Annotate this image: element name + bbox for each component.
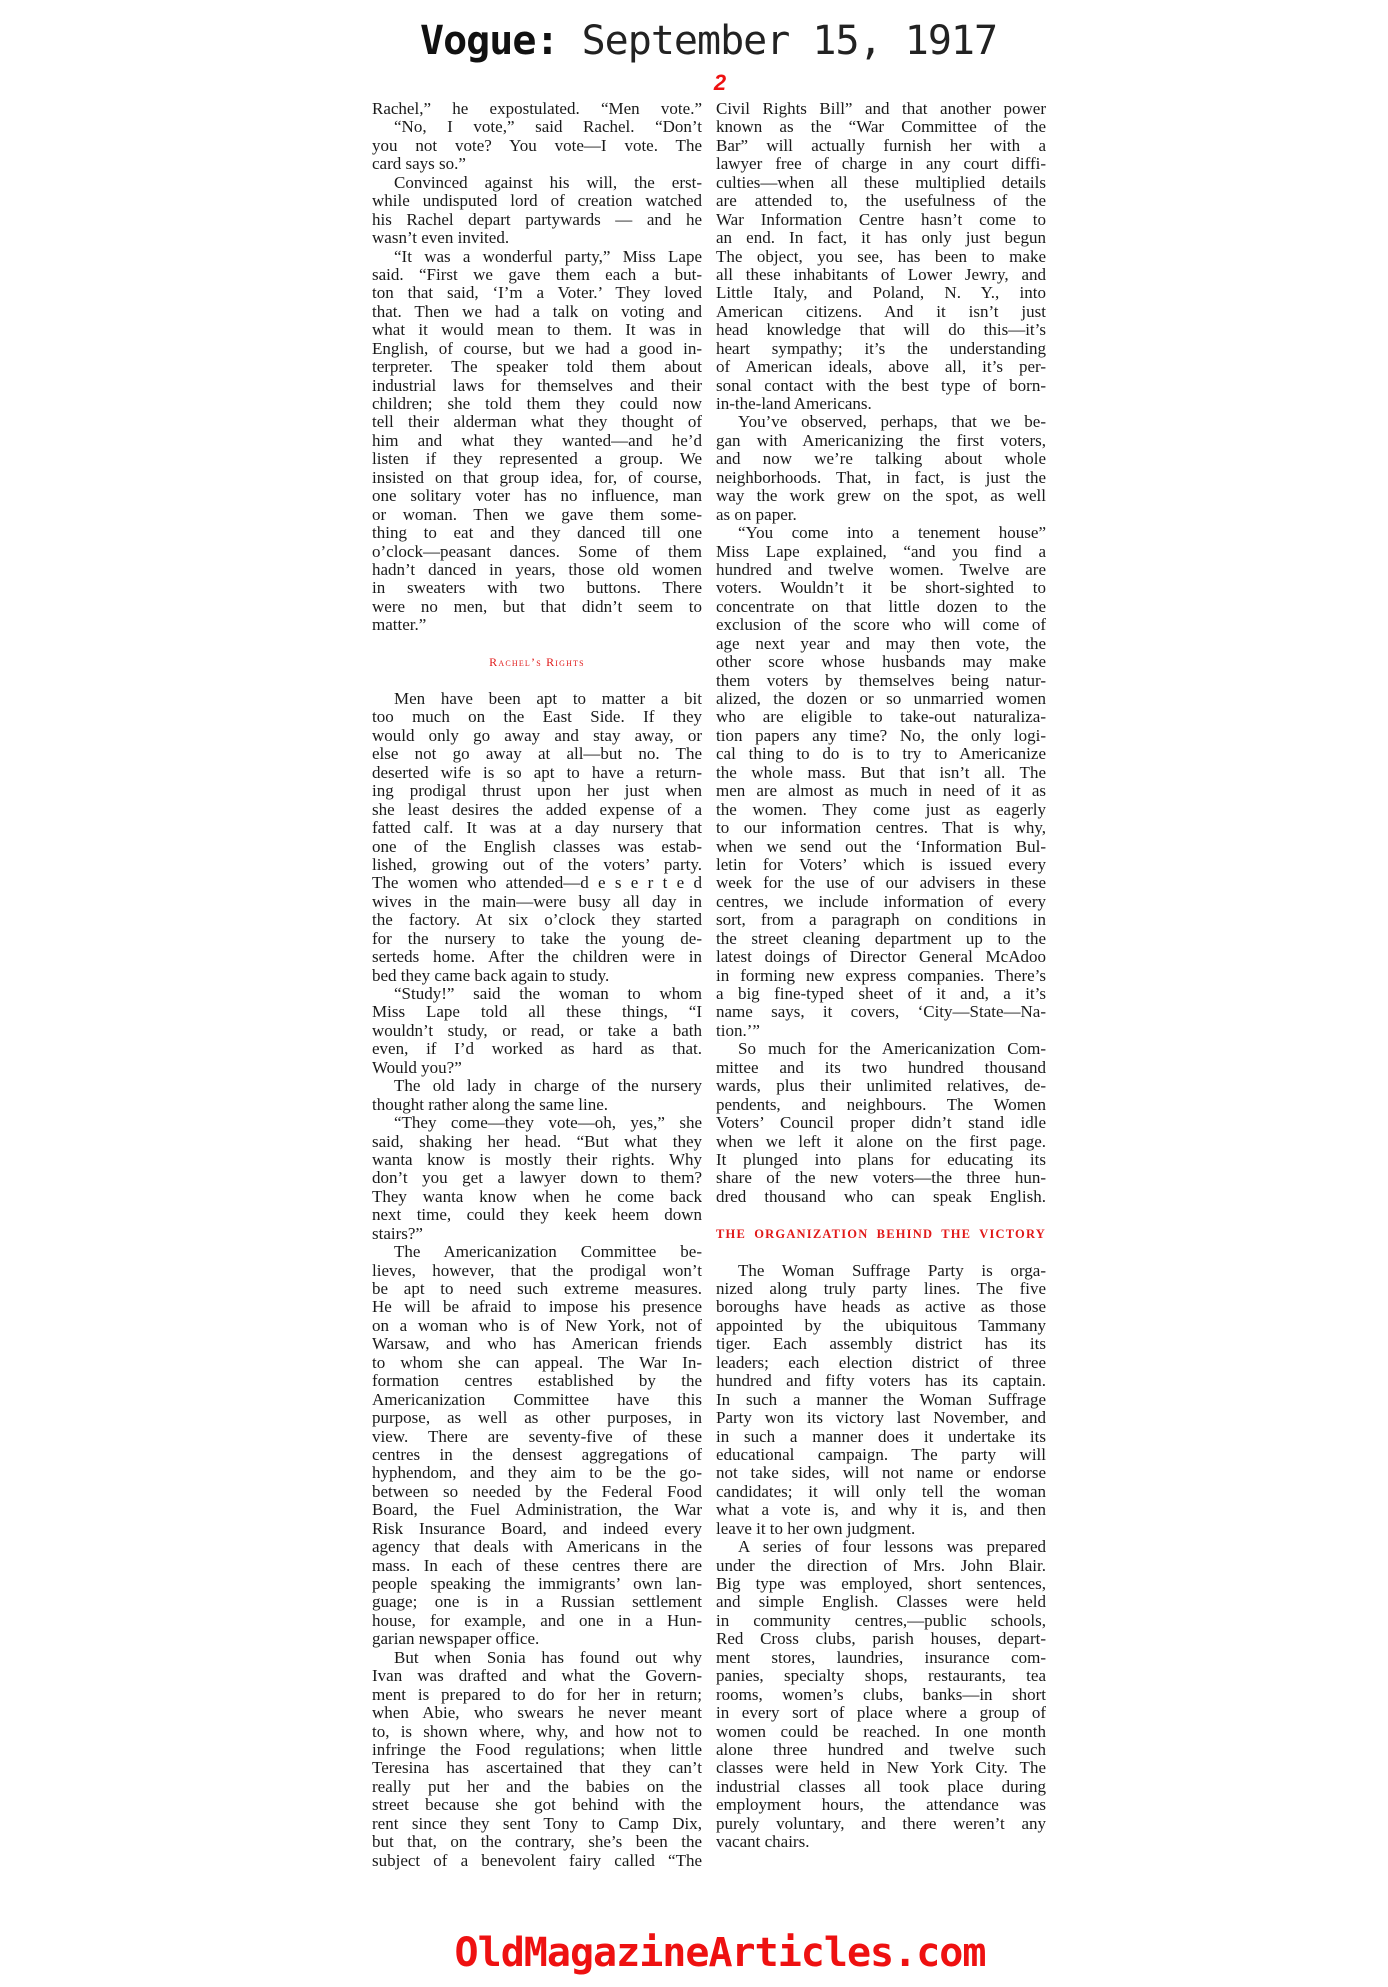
- page-number: 2: [708, 70, 732, 96]
- text-line: not take sides, will not name or endorse: [716, 1464, 1046, 1482]
- text-line: Civil Rights Bill” and that another powe…: [716, 100, 1046, 118]
- text-line: people speaking the immigrants’ own lan-: [372, 1575, 702, 1593]
- text-line: of American ideals, above all, it’s per-: [716, 358, 1046, 376]
- text-line: stairs?”: [372, 1225, 702, 1243]
- text-line: rooms, women’s clubs, banks—in short: [716, 1686, 1046, 1704]
- text-line: said. “First we gave them each a but-: [372, 266, 702, 284]
- text-line: Would you?”: [372, 1059, 702, 1077]
- text-line: concentrate on that little dozen to the: [716, 598, 1046, 616]
- text-line: neighborhoods. That, in fact, is just th…: [716, 469, 1046, 487]
- text-line: employment hours, the attendance was: [716, 1796, 1046, 1814]
- text-line: in every sort of place where a group of: [716, 1704, 1046, 1722]
- text-line: to whom she can appeal. The War In-: [372, 1354, 702, 1372]
- text-line: purpose, as well as other purposes, in: [372, 1409, 702, 1427]
- text-line: men are almost as much in need of it as: [716, 782, 1046, 800]
- text-line: wanta know is mostly their rights. Why: [372, 1151, 702, 1169]
- text-line: who are eligible to take-out naturaliza-: [716, 708, 1046, 726]
- text-line: even, if I’d worked as hard as that.: [372, 1040, 702, 1058]
- text-line: Bar” will actually furnish her with a: [716, 137, 1046, 155]
- text-line: But when Sonia has found out why: [372, 1649, 702, 1667]
- text-line: hadn’t danced in years, those old women: [372, 561, 702, 579]
- text-line: terpreter. The speaker told them about: [372, 358, 702, 376]
- text-line: o’clock—peasant dances. Some of them: [372, 543, 702, 561]
- text-line: formation centres established by the: [372, 1372, 702, 1390]
- text-line: Big type was employed, short sentences,: [716, 1575, 1046, 1593]
- blank-line: [372, 635, 702, 653]
- text-line: Voters’ Council proper didn’t stand idle: [716, 1114, 1046, 1132]
- text-line: she least desires the added expense of a: [372, 801, 702, 819]
- text-line: sort, from a paragraph on conditions in: [716, 911, 1046, 929]
- text-line: while undisputed lord of creation watche…: [372, 192, 702, 210]
- issue-date: September 15, 1917: [582, 18, 997, 64]
- text-line: you not vote? You vote—I vote. The: [372, 137, 702, 155]
- text-line: industrial laws for themselves and their: [372, 377, 702, 395]
- text-line: “No, I vote,” said Rachel. “Don’t: [372, 118, 702, 136]
- text-line: industrial classes all took place during: [716, 1778, 1046, 1796]
- text-line: cal thing to do is to try to Americanize: [716, 745, 1046, 763]
- text-line: leaders; each election district of three: [716, 1354, 1046, 1372]
- text-line: Men have been apt to matter a bit: [372, 690, 702, 708]
- text-line: all these inhabitants of Lower Jewry, an…: [716, 266, 1046, 284]
- magazine-page: Vogue: September 15, 1917 2 Rachel,” he …: [0, 0, 1388, 1987]
- text-line: You’ve observed, perhaps, that we be-: [716, 413, 1046, 431]
- text-line: pendents, and neighbours. The Women: [716, 1096, 1046, 1114]
- text-line: agency that deals with Americans in the: [372, 1538, 702, 1556]
- text-line: ment is prepared to do for her in return…: [372, 1686, 702, 1704]
- text-line: The old lady in charge of the nursery: [372, 1077, 702, 1095]
- text-line: sonal contact with the best type of born…: [716, 377, 1046, 395]
- text-line: tion.’”: [716, 1022, 1046, 1040]
- text-line: wives in the main—were busy all day in: [372, 893, 702, 911]
- text-line: the whole mass. But that isn’t all. The: [716, 764, 1046, 782]
- text-line: said, shaking her head. “But what they: [372, 1133, 702, 1151]
- text-line: in community centres,—public schools,: [716, 1612, 1046, 1630]
- text-line: fatted calf. It was at a day nursery tha…: [372, 819, 702, 837]
- text-line: his Rachel depart partywards — and he: [372, 211, 702, 229]
- text-line: house, for example, and one in a Hun-: [372, 1612, 702, 1630]
- text-line: on a woman who is of New York, not of: [372, 1317, 702, 1335]
- text-line: or woman. Then we gave them some-: [372, 506, 702, 524]
- text-line: week for the use of our advisers in thes…: [716, 874, 1046, 892]
- text-line: way the work grew on the spot, as well: [716, 487, 1046, 505]
- text-line: rent since they sent Tony to Camp Dix,: [372, 1815, 702, 1833]
- text-line: tell their alderman what they thought of: [372, 413, 702, 431]
- text-line: under the direction of Mrs. John Blair.: [716, 1557, 1046, 1575]
- text-line: serteds home. After the children were in: [372, 948, 702, 966]
- text-line: thing to eat and they danced till one: [372, 524, 702, 542]
- text-line: known as the “War Committee of the: [716, 118, 1046, 136]
- text-line: The object, you see, has been to make: [716, 248, 1046, 266]
- text-line: Red Cross clubs, parish houses, depart-: [716, 1630, 1046, 1648]
- text-line: American citizens. And it isn’t just: [716, 303, 1046, 321]
- text-line: when we send out the ‘Information Bul-: [716, 838, 1046, 856]
- text-line: in sweaters with two buttons. There: [372, 579, 702, 597]
- text-line: next time, could they keek heem down: [372, 1206, 702, 1224]
- text-line: mittee and its two hundred thousand: [716, 1059, 1046, 1077]
- text-line: in forming new express companies. There’…: [716, 967, 1046, 985]
- text-line: educational campaign. The party will: [716, 1446, 1046, 1464]
- text-line: ment stores, laundries, insurance com-: [716, 1649, 1046, 1667]
- article-column-right: Civil Rights Bill” and that another powe…: [716, 100, 1046, 1852]
- text-line: latest doings of Director General McAdoo: [716, 948, 1046, 966]
- text-line: insisted on that group idea, for, of cou…: [372, 469, 702, 487]
- text-line: gan with Americanizing the first voters,: [716, 432, 1046, 450]
- text-line: but that, on the contrary, she’s been th…: [372, 1833, 702, 1851]
- text-line: wasn’t even invited.: [372, 229, 702, 247]
- text-line: letin for Voters’ which is issued every: [716, 856, 1046, 874]
- text-line: them voters by themselves being natur-: [716, 672, 1046, 690]
- text-line: In such a manner the Woman Suffrage: [716, 1391, 1046, 1409]
- text-line: alone three hundred and twelve such: [716, 1741, 1046, 1759]
- text-line: A series of four lessons was prepared: [716, 1538, 1046, 1556]
- text-line: appointed by the ubiquitous Tammany: [716, 1317, 1046, 1335]
- text-line: hundred and twelve women. Twelve are: [716, 561, 1046, 579]
- text-line: Americanization Committee have this: [372, 1391, 702, 1409]
- text-line: would only go away and stay away, or: [372, 727, 702, 745]
- text-line: alized, the dozen or so unmarried women: [716, 690, 1046, 708]
- text-line: “You come into a tenement house”: [716, 524, 1046, 542]
- text-line: So much for the Americanization Com-: [716, 1040, 1046, 1058]
- text-line: hundred and fifty voters has its captain…: [716, 1372, 1046, 1390]
- text-line: to our information centres. That is why,: [716, 819, 1046, 837]
- watermark-footer[interactable]: OldMagazineArticles.com: [400, 1930, 1040, 1976]
- text-line: in such a manner does it undertake its: [716, 1428, 1046, 1446]
- text-line: view. There are seventy-five of these: [372, 1428, 702, 1446]
- publication-name: Vogue:: [420, 18, 559, 64]
- text-line: in-the-land Americans.: [716, 395, 1046, 413]
- text-line: centres in the densest aggregations of: [372, 1446, 702, 1464]
- text-line: voters. Wouldn’t it be short-sighted to: [716, 579, 1046, 597]
- blank-line: [716, 1206, 1046, 1224]
- text-line: infringe the Food regulations; when litt…: [372, 1741, 702, 1759]
- text-line: thought rather along the same line.: [372, 1096, 702, 1114]
- text-line: matter.”: [372, 616, 702, 634]
- text-line: don’t you get a lawyer down to them?: [372, 1169, 702, 1187]
- text-line: hyphendom, and they aim to be the go-: [372, 1464, 702, 1482]
- text-line: Warsaw, and who has American friends: [372, 1335, 702, 1353]
- text-line: War Information Centre hasn’t come to: [716, 211, 1046, 229]
- text-line: street because she got behind with the: [372, 1796, 702, 1814]
- text-line: The women who attended—d e s e r t e d: [372, 874, 702, 892]
- text-line: Ivan was drafted and what the Govern-: [372, 1667, 702, 1685]
- text-line: as on paper.: [716, 506, 1046, 524]
- text-line: deserted wife is so apt to have a return…: [372, 764, 702, 782]
- text-line: too much on the East Side. If they: [372, 708, 702, 726]
- text-line: guage; one is in a Russian settlement: [372, 1593, 702, 1611]
- text-line: and now we’re talking about whole: [716, 450, 1046, 468]
- text-line: age next year and may then vote, the: [716, 635, 1046, 653]
- text-line: The Americanization Committee be-: [372, 1243, 702, 1261]
- text-line: tion papers any time? No, the only logi-: [716, 727, 1046, 745]
- text-line: that. Then we had a talk on voting and: [372, 303, 702, 321]
- text-line: ing prodigal thrust upon her just when: [372, 782, 702, 800]
- text-line: between so needed by the Federal Food: [372, 1483, 702, 1501]
- text-line: Teresina has ascertained that they can’t: [372, 1759, 702, 1777]
- text-line: and simple English. Classes were held: [716, 1593, 1046, 1611]
- text-line: the women. They come just as eagerly: [716, 801, 1046, 819]
- text-line: boroughs have heads as active as those: [716, 1298, 1046, 1316]
- text-line: to, is shown where, why, and how not to: [372, 1723, 702, 1741]
- text-line: “It was a wonderful party,” Miss Lape: [372, 248, 702, 266]
- text-line: lished, growing out of the voters’ party…: [372, 856, 702, 874]
- text-line: children; she told them they could now: [372, 395, 702, 413]
- text-line: head knowledge that will do this—it’s: [716, 321, 1046, 339]
- article-column-left: Rachel,” he expostulated. “Men vote.”“No…: [372, 100, 702, 1870]
- text-line: really put her and the babies on the: [372, 1778, 702, 1796]
- text-line: for the nursery to take the young de-: [372, 930, 702, 948]
- text-line: what it would mean to them. It was in: [372, 321, 702, 339]
- text-line: The Woman Suffrage Party is orga-: [716, 1262, 1046, 1280]
- blank-line: [716, 1243, 1046, 1261]
- text-line: purely voluntary, and there weren’t any: [716, 1815, 1046, 1833]
- text-line: women could be reached. In one month: [716, 1723, 1046, 1741]
- text-line: when Abie, who swears he never meant: [372, 1704, 702, 1722]
- text-line: lawyer free of charge in any court diffi…: [716, 155, 1046, 173]
- text-line: dred thousand who can speak English.: [716, 1188, 1046, 1206]
- text-line: garian newspaper office.: [372, 1630, 702, 1648]
- text-line: wards, plus their unlimited relatives, d…: [716, 1077, 1046, 1095]
- text-line: when we left it alone on the first page.: [716, 1133, 1046, 1151]
- text-line: Miss Lape explained, “and you find a: [716, 543, 1046, 561]
- text-line: else not go away at all—but no. The: [372, 745, 702, 763]
- text-line: the factory. At six o’clock they started: [372, 911, 702, 929]
- text-line: vacant chairs.: [716, 1833, 1046, 1851]
- text-line: are attended to, the usefulness of the: [716, 192, 1046, 210]
- text-line: be apt to need such extreme measures.: [372, 1280, 702, 1298]
- text-line: culties—when all these multiplied detail…: [716, 174, 1046, 192]
- text-line: nized along truly party lines. The five: [716, 1280, 1046, 1298]
- text-line: leave it to her own judgment.: [716, 1520, 1046, 1538]
- text-line: It plunged into plans for educating its: [716, 1151, 1046, 1169]
- text-line: lieves, however, that the prodigal won’t: [372, 1262, 702, 1280]
- text-line: heart sympathy; it’s the understanding: [716, 340, 1046, 358]
- text-line: mass. In each of these centres there are: [372, 1557, 702, 1575]
- text-line: He will be afraid to impose his presence: [372, 1298, 702, 1316]
- text-line: “They come—they vote—oh, yes,” she: [372, 1114, 702, 1132]
- text-line: Little Italy, and Poland, N. Y., into: [716, 284, 1046, 302]
- text-line: Party won its victory last November, and: [716, 1409, 1046, 1427]
- text-line: card says so.”: [372, 155, 702, 173]
- text-line: Rachel,” he expostulated. “Men vote.”: [372, 100, 702, 118]
- blank-line: [372, 672, 702, 690]
- text-line: wouldn’t study, or read, or take a bath: [372, 1022, 702, 1040]
- text-line: one solitary voter has no influence, man: [372, 487, 702, 505]
- text-line: centres, we include information of every: [716, 893, 1046, 911]
- section-heading: THE ORGANIZATION BEHIND THE VICTORY: [716, 1225, 1046, 1243]
- text-line: panies, specialty shops, restaurants, te…: [716, 1667, 1046, 1685]
- masthead: Vogue: September 15, 1917: [420, 18, 980, 64]
- text-line: “Study!” said the woman to whom: [372, 985, 702, 1003]
- text-line: They wanta know when he come back: [372, 1188, 702, 1206]
- text-line: bed they came back again to study.: [372, 967, 702, 985]
- section-heading: Rachel’s Rights: [372, 653, 702, 671]
- text-line: ton that said, ‘I’m a Voter.’ They loved: [372, 284, 702, 302]
- text-line: an end. In fact, it has only just begun: [716, 229, 1046, 247]
- text-line: exclusion of the score who will come of: [716, 616, 1046, 634]
- text-line: other score whose husbands may make: [716, 653, 1046, 671]
- text-line: the street cleaning department up to the: [716, 930, 1046, 948]
- text-line: candidates; it will only tell the woman: [716, 1483, 1046, 1501]
- text-line: a big fine-typed sheet of it and, a it’s: [716, 985, 1046, 1003]
- text-line: Convinced against his will, the erst-: [372, 174, 702, 192]
- text-line: listen if they represented a group. We: [372, 450, 702, 468]
- text-line: subject of a benevolent fairy called “Th…: [372, 1852, 702, 1870]
- text-line: Miss Lape told all these things, “I: [372, 1003, 702, 1021]
- text-line: share of the new voters—the three hun-: [716, 1169, 1046, 1187]
- text-line: one of the English classes was estab-: [372, 838, 702, 856]
- text-line: what a vote is, and why it is, and then: [716, 1501, 1046, 1519]
- text-line: name says, it covers, ‘City—State—Na-: [716, 1003, 1046, 1021]
- text-line: him and what they wanted—and he’d: [372, 432, 702, 450]
- text-line: Board, the Fuel Administration, the War: [372, 1501, 702, 1519]
- text-line: tiger. Each assembly district has its: [716, 1335, 1046, 1353]
- text-line: classes were held in New York City. The: [716, 1759, 1046, 1777]
- text-line: were no men, but that didn’t seem to: [372, 598, 702, 616]
- text-line: Risk Insurance Board, and indeed every: [372, 1520, 702, 1538]
- text-line: English, of course, but we had a good in…: [372, 340, 702, 358]
